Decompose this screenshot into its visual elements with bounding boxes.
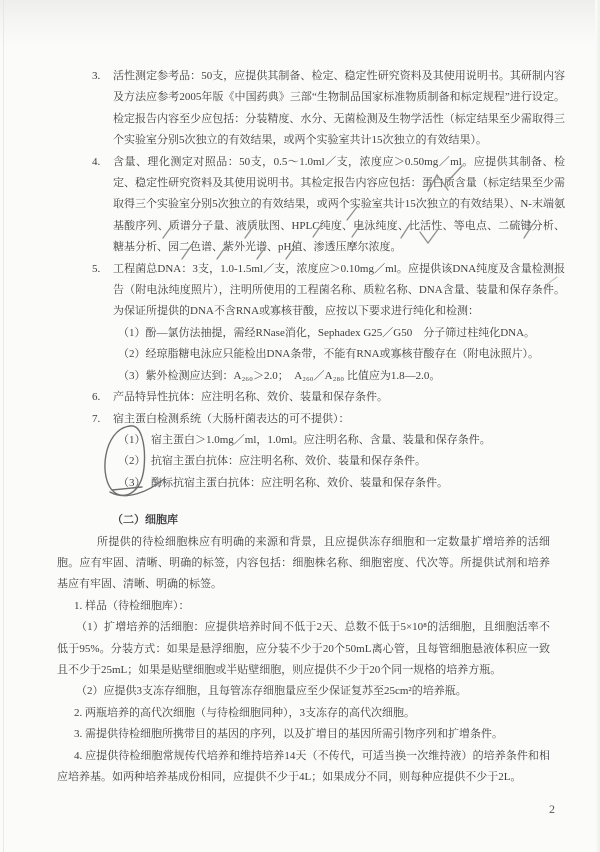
item-number: 6. <box>92 387 113 408</box>
sub-item: （1）酚—氯仿法抽提，需经RNase消化，Sephadex G25／G50 分子… <box>118 323 565 344</box>
section-reference-materials: 3. 活性测定参考品：50支，应提供其制备、检定、稳定性研究资料及其使用说明书。… <box>0 66 600 494</box>
sub-item: （1） 宿主蛋白＞1.0mg／ml，1.0ml。应注明名称、含量、装量和保存条件… <box>118 430 565 451</box>
sub-item: （2） 抗宿主蛋白抗体：应注明名称、效价、装量和保存条件。 <box>118 451 565 472</box>
item-text: 活性测定参考品：50支，应提供其制备、检定、稳定性研究资料及其使用说明书。其研制… <box>113 66 565 152</box>
section-heading: （二）细胞库 <box>112 510 600 531</box>
item-text: 含量、理化测定对照品：50支，0.5～1.0ml／支，浓度应＞0.50mg／ml… <box>113 152 565 259</box>
sub-item: （2）应提供3支冻存细胞，且每管冻存细胞量应至少保证复苏至25cm²的培养瓶。 <box>57 681 550 702</box>
item-text: 工程菌总DNA：3支，1.0-1.5ml／支，浓度应＞0.10mg／ml。应提供… <box>113 259 565 323</box>
list-item-5: 5. 工程菌总DNA：3支，1.0-1.5ml／支，浓度应＞0.10mg／ml。… <box>0 259 600 323</box>
item-number: 3. <box>92 66 113 87</box>
item-number: 5. <box>92 259 113 280</box>
list-item-7: 7. 宿主蛋白检测系统（大肠杆菌表达的可不提供）： <box>0 409 600 430</box>
list-item-1: 1. 样品（待检细胞库）： <box>57 596 550 617</box>
sub-item: （1）扩增培养的活细胞：应提供培养时间不低于2天、总数不低于5×10⁸的活细胞，… <box>57 617 550 681</box>
section-cell-bank: （二）细胞库 所提供的待检细胞株应有明确的来源和背景，且应提供冻存细胞和一定数量… <box>0 510 600 788</box>
list-item-4: 4. 含量、理化测定对照品：50支，0.5～1.0ml／支，浓度应＞0.50mg… <box>0 152 600 259</box>
item-text: 宿主蛋白检测系统（大肠杆菌表达的可不提供）： <box>113 409 565 430</box>
item-text: 产品特异性抗体：应注明名称、效价、装量和保存条件。 <box>113 387 565 408</box>
document-body: 3. 活性测定参考品：50支，应提供其制备、检定、稳定性研究资料及其使用说明书。… <box>0 0 600 788</box>
item-number: 7. <box>92 409 113 430</box>
list-item-2: 2. 两瓶培养的高代次细胞（与待检细胞同种），3支冻存的高代次细胞。 <box>57 703 550 724</box>
list-item-3: 3. 活性测定参考品：50支，应提供其制备、检定、稳定性研究资料及其使用说明书。… <box>0 66 600 152</box>
sub-item: （3） 酶标抗宿主蛋白抗体：应注明名称、效价、装量和保存条件。 <box>118 473 565 494</box>
list-item-6: 6. 产品特异性抗体：应注明名称、效价、装量和保存条件。 <box>0 387 600 408</box>
sub-item: （3）紫外检测应达到：A₂₆₀＞2.0； A₂₆₀／A₂₈₀ 比值应为1.8—2… <box>118 366 565 387</box>
list-item-4: 4. 应提供待检细胞常规传代培养和维持培养14天（不传代，可适当换一次维持液）的… <box>57 746 550 789</box>
sub-item: （2）经琼脂糖电泳应只能检出DNA条带，不能有RNA或寡核苷酸存在（附电泳照片）… <box>118 344 565 365</box>
list-item-3: 3. 需提供待检细胞所携带目的基因的序列，以及扩增目的基因所需引物序列和扩增条件… <box>57 724 550 745</box>
page-number: 2 <box>549 799 555 820</box>
section-intro-paragraph: 所提供的待检细胞株应有明确的来源和背景，且应提供冻存细胞和一定数量扩增培养的活细… <box>57 532 550 596</box>
scanned-document-page: 3. 活性测定参考品：50支，应提供其制备、检定、稳定性研究资料及其使用说明书。… <box>0 0 600 852</box>
item-number: 4. <box>92 152 113 173</box>
